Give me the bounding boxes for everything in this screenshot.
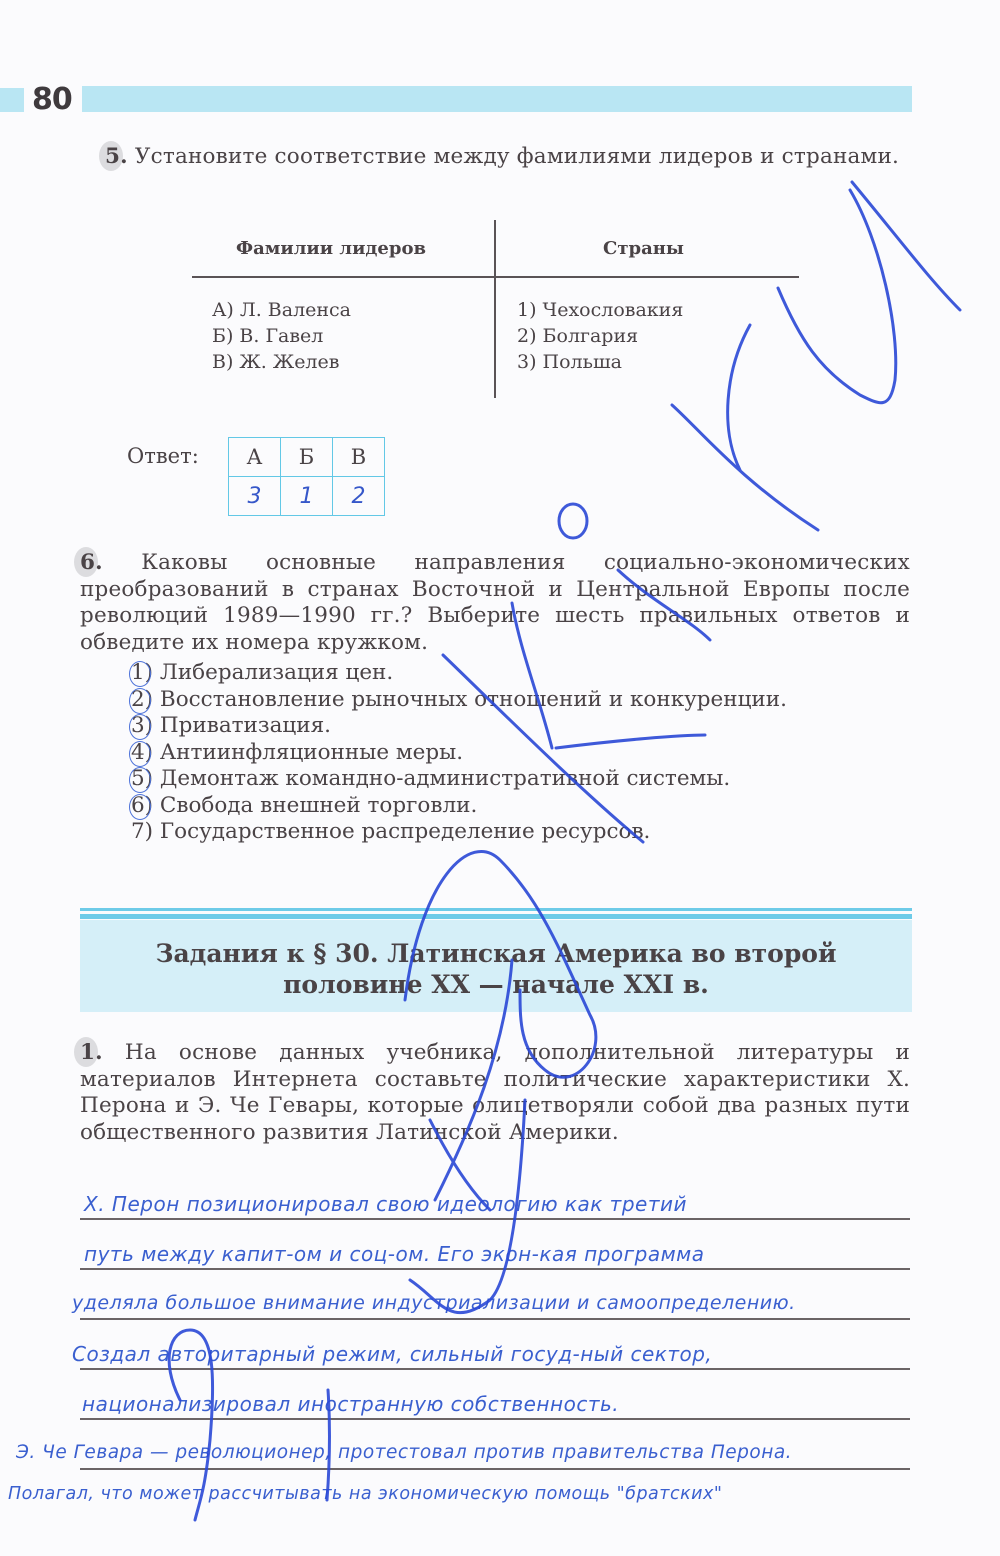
page-number: 80 (32, 82, 72, 117)
task-6-options: 1) Либерализация цен. 2) Восстановление … (131, 660, 787, 846)
answer-header-v: В (333, 438, 385, 477)
answer-cell-a[interactable]: 3 (229, 477, 281, 516)
option-item[interactable]: 1) Либерализация цен. (131, 660, 787, 687)
option-item[interactable]: 7) Государственное распределение ресурсо… (131, 819, 787, 846)
table-header-countries: Страны (603, 238, 684, 259)
answer-label: Ответ: (127, 444, 199, 468)
section-title: Задания к § 30. Латинская Америка во вто… (80, 938, 912, 1000)
handwritten-answer-line[interactable]: Создал авторитарный режим, сильный госуд… (72, 1342, 712, 1366)
task-1-number: 1. (80, 1040, 103, 1067)
answer-rule (80, 1418, 910, 1420)
table-header-leaders: Фамилии лидеров (236, 238, 426, 259)
section-rule-bottom (80, 914, 912, 919)
country-item: 3) Польша (517, 349, 683, 375)
leader-item: Б) В. Гавел (212, 323, 351, 349)
option-item[interactable]: 2) Восстановление рыночных отношений и к… (131, 687, 787, 714)
answer-rule (80, 1218, 910, 1220)
table-divider-horizontal (192, 276, 799, 278)
task-6-prompt: 6. Каковы основные направления социально… (80, 550, 910, 656)
answer-rule (80, 1318, 910, 1320)
circle-mark-icon (129, 767, 151, 793)
countries-list: 1) Чехословакия 2) Болгария 3) Польша (517, 297, 683, 375)
task-6-text: Каковы основные направления социально-эк… (80, 550, 910, 655)
circle-mark-icon (129, 794, 151, 820)
answer-header-a: А (229, 438, 281, 477)
task-1-prompt: 1. На основе данных учебника, дополнител… (80, 1040, 910, 1146)
task-5-prompt: 5. Установите соответствие между фамилия… (105, 144, 915, 171)
handwritten-answer-line[interactable]: Х. Перон позиционировал свою идеологию к… (84, 1192, 687, 1216)
header-band (82, 86, 912, 112)
answer-rule (80, 1268, 910, 1270)
task-5-number: 5. (105, 144, 128, 171)
country-item: 1) Чехословакия (517, 297, 683, 323)
circle-mark-icon (129, 661, 151, 687)
header-band-left (0, 88, 24, 112)
option-item[interactable]: 6) Свобода внешней торговли. (131, 793, 787, 820)
handwritten-answer-line[interactable]: путь между капит-ом и соц-ом. Его экон-к… (84, 1242, 705, 1266)
handwritten-answer-line[interactable]: Полагал, что может рассчитывать на эконо… (8, 1484, 722, 1504)
leader-item: А) Л. Валенса (212, 297, 351, 323)
answer-cell-b[interactable]: 1 (281, 477, 333, 516)
section-rule-top (80, 908, 912, 911)
table-divider-vertical (494, 220, 496, 398)
answer-header-b: Б (281, 438, 333, 477)
option-item[interactable]: 3) Приватизация. (131, 713, 787, 740)
option-item[interactable]: 4) Антиинфляционные меры. (131, 740, 787, 767)
leader-item: В) Ж. Желев (212, 349, 351, 375)
circle-mark-icon (129, 688, 151, 714)
circle-mark-icon (129, 714, 151, 740)
handwritten-answer-line[interactable]: Э. Че Гевара — революционер, протестовал… (16, 1442, 792, 1463)
handwritten-answer-line[interactable]: национализировал иностранную собственнос… (82, 1392, 619, 1416)
task-6-number: 6. (80, 550, 103, 577)
option-item[interactable]: 5) Демонтаж командно-административной си… (131, 766, 787, 793)
leaders-list: А) Л. Валенса Б) В. Гавел В) Ж. Желев (212, 297, 351, 375)
answer-grid: А Б В 3 1 2 (228, 437, 385, 516)
answer-cell-v[interactable]: 2 (333, 477, 385, 516)
answer-rule (80, 1468, 910, 1470)
circle-mark-icon (129, 741, 151, 767)
country-item: 2) Болгария (517, 323, 683, 349)
task-1-text: На основе данных учебника, дополнительно… (80, 1040, 910, 1145)
task-5-text: Установите соответствие между фамилиями … (135, 144, 899, 169)
handwritten-answer-line[interactable]: уделяла большое внимание индустриализаци… (72, 1292, 796, 1314)
answer-rule (80, 1368, 910, 1370)
